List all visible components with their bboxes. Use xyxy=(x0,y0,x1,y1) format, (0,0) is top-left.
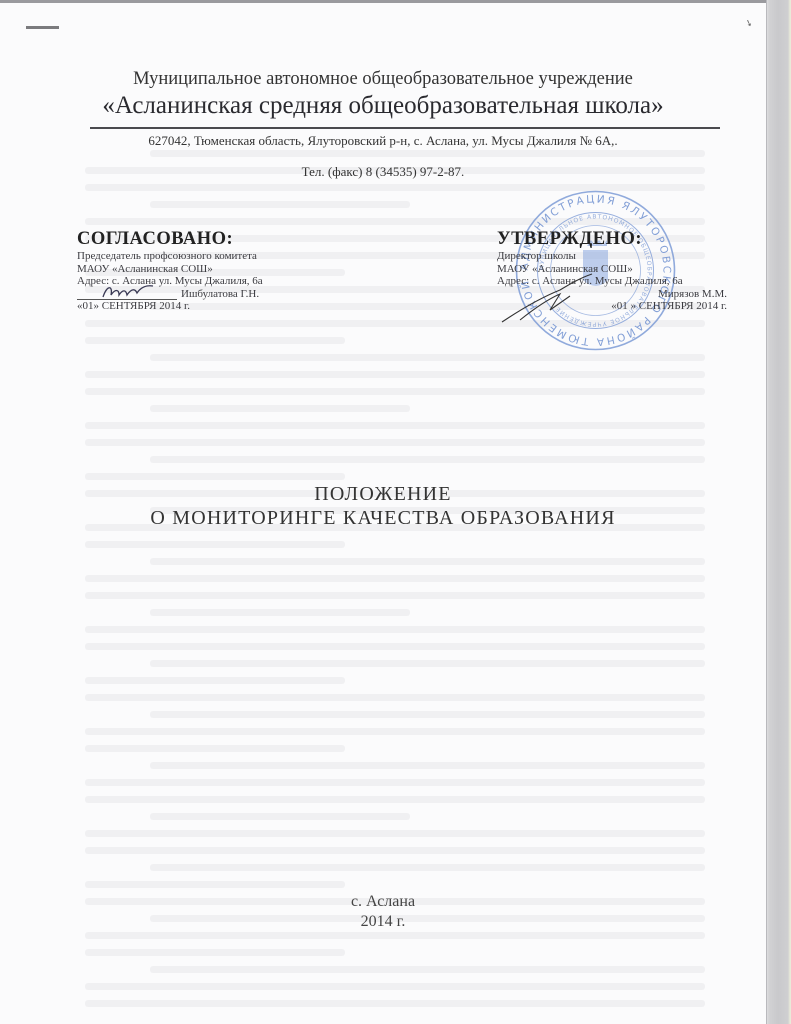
document-year: 2014 г. xyxy=(0,913,766,931)
agreed-signature-line: Ишбулатова Г.Н. xyxy=(77,288,297,301)
document-title: ПОЛОЖЕНИЕ xyxy=(0,483,766,506)
document-subtitle: О МОНИТОРИНГЕ КАЧЕСТВА ОБРАЗОВАНИЯ xyxy=(0,507,766,530)
director-signature-icon xyxy=(500,270,630,330)
organization-type: Муниципальное автономное общеобразовател… xyxy=(0,69,766,90)
organization-phone: Тел. (факс) 8 (34535) 97-2-87. xyxy=(0,164,766,180)
agreed-organization: МАОУ «Асланинская СОШ» xyxy=(77,263,297,276)
approved-position: Директор школы xyxy=(497,250,727,263)
document-place: с. Аслана xyxy=(0,893,766,911)
agreed-heading: СОГЛАСОВАНО: xyxy=(77,228,297,250)
scan-speck: ➘ xyxy=(743,17,754,30)
scan-right-edge xyxy=(766,0,791,1024)
signature-icon xyxy=(77,299,177,300)
agreed-signatory: Ишбулатова Г.Н. xyxy=(181,288,259,300)
header-divider xyxy=(90,127,720,129)
agreed-date: «01» СЕНТЯБРЯ 2014 г. xyxy=(77,300,297,313)
organization-name: «Асланинская средняя общеобразовательная… xyxy=(0,92,766,120)
agreed-block: СОГЛАСОВАНО: Председатель профсоюзного к… xyxy=(77,228,297,313)
agreed-position: Председатель профсоюзного комитета xyxy=(77,250,297,263)
organization-address: 627042, Тюменская область, Ялуторовский … xyxy=(0,133,766,149)
approved-heading: УТВЕРЖДЕНО: xyxy=(497,228,727,250)
scan-corner-mark xyxy=(26,26,59,29)
scan-top-edge xyxy=(0,0,791,3)
